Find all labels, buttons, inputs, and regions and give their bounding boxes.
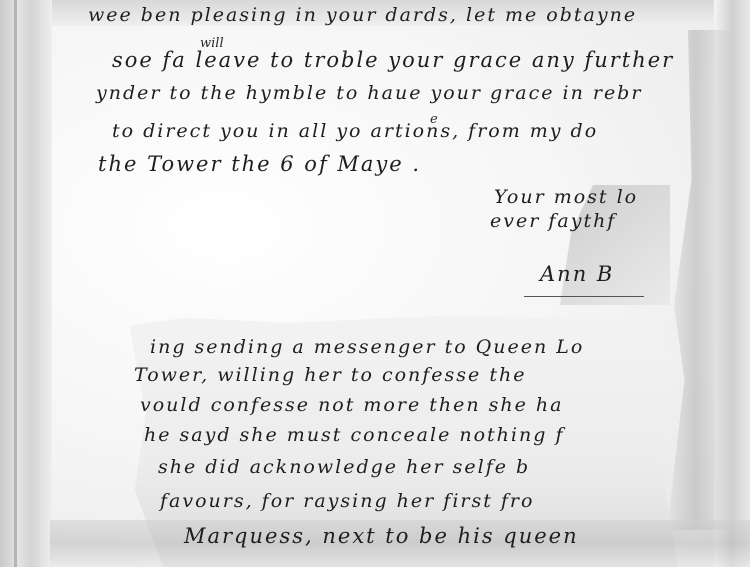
lower-line-5: she did acknowledge her selfe b: [158, 456, 530, 478]
lower-line-2: Tower, willing her to confesse the: [134, 364, 526, 386]
signature-flourish: [524, 296, 644, 297]
letter-date-line: the Tower the 6 of Maye .: [98, 152, 421, 176]
signature: Ann B: [540, 262, 614, 286]
letter-line-3: ynder to the hymble to haue your grace i…: [96, 82, 642, 104]
lower-line-6: favours, for raysing her first fro: [160, 490, 534, 512]
closing-line-1: Your most lo: [494, 186, 638, 208]
lower-line-3: vould confesse not more then she ha: [140, 394, 563, 416]
lower-line-7: Marquess, next to be his queen: [184, 524, 579, 548]
manuscript-page: wee ben pleasing in your dards, let me o…: [0, 0, 750, 567]
letter-line-4: to direct you in all yo artions, from my…: [112, 120, 598, 142]
left-binding-edge: [0, 0, 52, 567]
right-fold-shadow: [660, 30, 730, 530]
closing-line-2: ever faythf: [490, 210, 616, 232]
letter-line-2: soe fa leave to troble your grace any fu…: [112, 48, 674, 72]
lower-line-4: he sayd she must conceale nothing f: [144, 424, 564, 446]
letter-line-1: wee ben pleasing in your dards, let me o…: [88, 4, 637, 26]
lower-line-1: ing sending a messenger to Queen Lo: [150, 336, 584, 358]
